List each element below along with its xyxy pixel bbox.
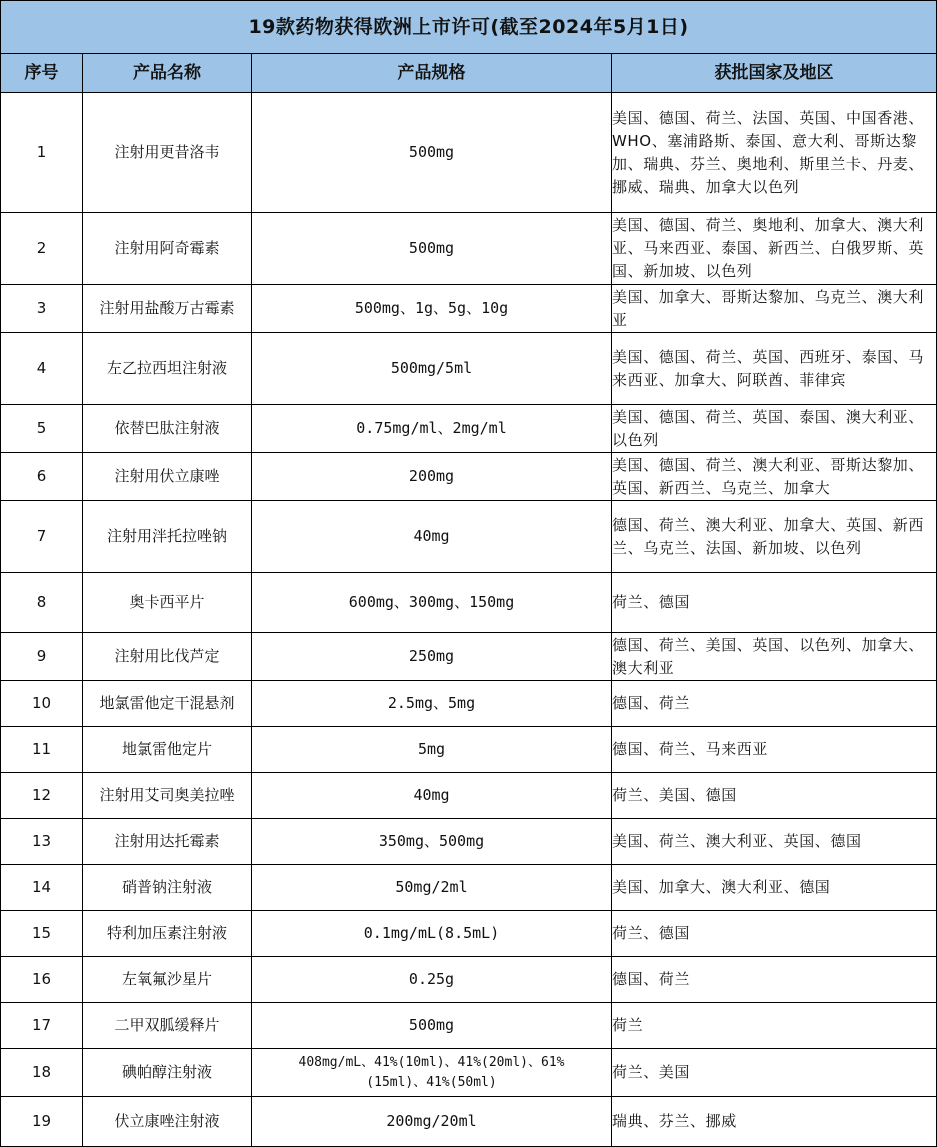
column-header-no: 序号 — [1, 54, 83, 93]
approved-regions: 美国、荷兰、澳大利亚、英国、德国 — [612, 819, 937, 865]
product-name: 注射用达托霉素 — [83, 819, 252, 865]
product-name: 奥卡西平片 — [83, 573, 252, 633]
product-spec: 500mg、1g、5g、10g — [252, 285, 612, 333]
product-name: 注射用泮托拉唑钠 — [83, 501, 252, 573]
approved-regions: 荷兰 — [612, 1003, 937, 1049]
approved-regions: 美国、加拿大、澳大利亚、德国 — [612, 865, 937, 911]
approved-regions: 美国、德国、荷兰、奥地利、加拿大、澳大利亚、马来西亚、泰国、新西兰、白俄罗斯、英… — [612, 213, 937, 285]
table-row: 18碘帕醇注射液408mg/mL、41%(10ml)、41%(20ml)、61%… — [1, 1049, 937, 1097]
table-row: 17二甲双胍缓释片500mg荷兰 — [1, 1003, 937, 1049]
row-number: 16 — [1, 957, 83, 1003]
product-name: 硝普钠注射液 — [83, 865, 252, 911]
table-row: 6注射用伏立康唑200mg美国、德国、荷兰、澳大利亚、哥斯达黎加、英国、新西兰、… — [1, 453, 937, 501]
approved-regions: 德国、荷兰 — [612, 681, 937, 727]
approved-regions: 荷兰、美国、德国 — [612, 773, 937, 819]
table-row: 19伏立康唑注射液200mg/20ml瑞典、芬兰、挪威 — [1, 1097, 937, 1147]
title-row: 19款药物获得欧洲上市许可(截至2024年5月1日) — [1, 1, 937, 54]
approved-regions: 美国、德国、荷兰、法国、英国、中国香港、WHO、塞浦路斯、泰国、意大利、哥斯达黎… — [612, 93, 937, 213]
approved-regions: 德国、荷兰、澳大利亚、加拿大、英国、新西兰、乌克兰、法国、新加坡、以色列 — [612, 501, 937, 573]
product-name: 注射用艾司奥美拉唑 — [83, 773, 252, 819]
column-header-name: 产品名称 — [83, 54, 252, 93]
product-spec: 500mg/5ml — [252, 333, 612, 405]
column-header-regions: 获批国家及地区 — [612, 54, 937, 93]
product-name: 依替巴肽注射液 — [83, 405, 252, 453]
row-number: 8 — [1, 573, 83, 633]
product-spec: 500mg — [252, 1003, 612, 1049]
approved-regions: 荷兰、德国 — [612, 573, 937, 633]
table-row: 2注射用阿奇霉素500mg美国、德国、荷兰、奥地利、加拿大、澳大利亚、马来西亚、… — [1, 213, 937, 285]
column-header-spec: 产品规格 — [252, 54, 612, 93]
approved-regions: 瑞典、芬兰、挪威 — [612, 1097, 937, 1147]
product-spec: 2.5mg、5mg — [252, 681, 612, 727]
row-number: 18 — [1, 1049, 83, 1097]
product-spec: 600mg、300mg、150mg — [252, 573, 612, 633]
table-row: 16左氧氟沙星片0.25g德国、荷兰 — [1, 957, 937, 1003]
table-row: 8奥卡西平片600mg、300mg、150mg荷兰、德国 — [1, 573, 937, 633]
approved-regions: 美国、德国、荷兰、澳大利亚、哥斯达黎加、英国、新西兰、乌克兰、加拿大 — [612, 453, 937, 501]
product-spec: 0.25g — [252, 957, 612, 1003]
product-spec: 250mg — [252, 633, 612, 681]
product-name: 注射用更昔洛韦 — [83, 93, 252, 213]
product-spec: 5mg — [252, 727, 612, 773]
table-row: 13注射用达托霉素350mg、500mg美国、荷兰、澳大利亚、英国、德国 — [1, 819, 937, 865]
product-name: 伏立康唑注射液 — [83, 1097, 252, 1147]
table-row: 9注射用比伐芦定250mg德国、荷兰、美国、英国、以色列、加拿大、澳大利亚 — [1, 633, 937, 681]
row-number: 11 — [1, 727, 83, 773]
table-title: 19款药物获得欧洲上市许可(截至2024年5月1日) — [1, 1, 937, 54]
product-name: 左氧氟沙星片 — [83, 957, 252, 1003]
approved-regions: 荷兰、德国 — [612, 911, 937, 957]
table-row: 1注射用更昔洛韦500mg美国、德国、荷兰、法国、英国、中国香港、WHO、塞浦路… — [1, 93, 937, 213]
row-number: 13 — [1, 819, 83, 865]
approved-regions: 德国、荷兰 — [612, 957, 937, 1003]
row-number: 14 — [1, 865, 83, 911]
product-spec: 40mg — [252, 501, 612, 573]
product-spec: 500mg — [252, 213, 612, 285]
row-number: 7 — [1, 501, 83, 573]
product-spec: 200mg/20ml — [252, 1097, 612, 1147]
product-name: 地氯雷他定片 — [83, 727, 252, 773]
product-spec: 200mg — [252, 453, 612, 501]
product-name: 地氯雷他定干混悬剂 — [83, 681, 252, 727]
table-row: 5依替巴肽注射液0.75mg/ml、2mg/ml美国、德国、荷兰、英国、泰国、澳… — [1, 405, 937, 453]
product-spec: 500mg — [252, 93, 612, 213]
table-row: 15特利加压素注射液0.1mg/mL(8.5mL)荷兰、德国 — [1, 911, 937, 957]
row-number: 6 — [1, 453, 83, 501]
product-spec: 40mg — [252, 773, 612, 819]
product-name: 注射用伏立康唑 — [83, 453, 252, 501]
product-spec: 350mg、500mg — [252, 819, 612, 865]
row-number: 2 — [1, 213, 83, 285]
approved-regions: 德国、荷兰、美国、英国、以色列、加拿大、澳大利亚 — [612, 633, 937, 681]
product-name: 注射用盐酸万古霉素 — [83, 285, 252, 333]
product-spec: 0.75mg/ml、2mg/ml — [252, 405, 612, 453]
row-number: 17 — [1, 1003, 83, 1049]
table-row: 12注射用艾司奥美拉唑40mg荷兰、美国、德国 — [1, 773, 937, 819]
table-row: 14硝普钠注射液50mg/2ml美国、加拿大、澳大利亚、德国 — [1, 865, 937, 911]
product-name: 左乙拉西坦注射液 — [83, 333, 252, 405]
row-number: 12 — [1, 773, 83, 819]
table-body: 1注射用更昔洛韦500mg美国、德国、荷兰、法国、英国、中国香港、WHO、塞浦路… — [1, 93, 937, 1147]
table-row: 11地氯雷他定片5mg德国、荷兰、马来西亚 — [1, 727, 937, 773]
approved-regions: 荷兰、美国 — [612, 1049, 937, 1097]
drug-approval-table: 19款药物获得欧洲上市许可(截至2024年5月1日) 序号 产品名称 产品规格 … — [0, 0, 937, 1147]
product-name: 注射用阿奇霉素 — [83, 213, 252, 285]
row-number: 4 — [1, 333, 83, 405]
product-name: 碘帕醇注射液 — [83, 1049, 252, 1097]
table-row: 3注射用盐酸万古霉素500mg、1g、5g、10g美国、加拿大、哥斯达黎加、乌克… — [1, 285, 937, 333]
product-name: 注射用比伐芦定 — [83, 633, 252, 681]
row-number: 3 — [1, 285, 83, 333]
product-name: 特利加压素注射液 — [83, 911, 252, 957]
row-number: 10 — [1, 681, 83, 727]
row-number: 9 — [1, 633, 83, 681]
product-name: 二甲双胍缓释片 — [83, 1003, 252, 1049]
table-row: 10地氯雷他定干混悬剂2.5mg、5mg德国、荷兰 — [1, 681, 937, 727]
row-number: 15 — [1, 911, 83, 957]
approved-regions: 美国、德国、荷兰、英国、泰国、澳大利亚、以色列 — [612, 405, 937, 453]
column-header-row: 序号 产品名称 产品规格 获批国家及地区 — [1, 54, 937, 93]
row-number: 19 — [1, 1097, 83, 1147]
approved-regions: 美国、德国、荷兰、英国、西班牙、泰国、马来西亚、加拿大、阿联酋、菲律宾 — [612, 333, 937, 405]
product-spec: 0.1mg/mL(8.5mL) — [252, 911, 612, 957]
approved-regions: 美国、加拿大、哥斯达黎加、乌克兰、澳大利亚 — [612, 285, 937, 333]
row-number: 5 — [1, 405, 83, 453]
approved-regions: 德国、荷兰、马来西亚 — [612, 727, 937, 773]
row-number: 1 — [1, 93, 83, 213]
product-spec: 408mg/mL、41%(10ml)、41%(20ml)、61%(15ml)、4… — [252, 1049, 612, 1097]
table-row: 7注射用泮托拉唑钠40mg德国、荷兰、澳大利亚、加拿大、英国、新西兰、乌克兰、法… — [1, 501, 937, 573]
product-spec: 50mg/2ml — [252, 865, 612, 911]
table-row: 4左乙拉西坦注射液500mg/5ml美国、德国、荷兰、英国、西班牙、泰国、马来西… — [1, 333, 937, 405]
